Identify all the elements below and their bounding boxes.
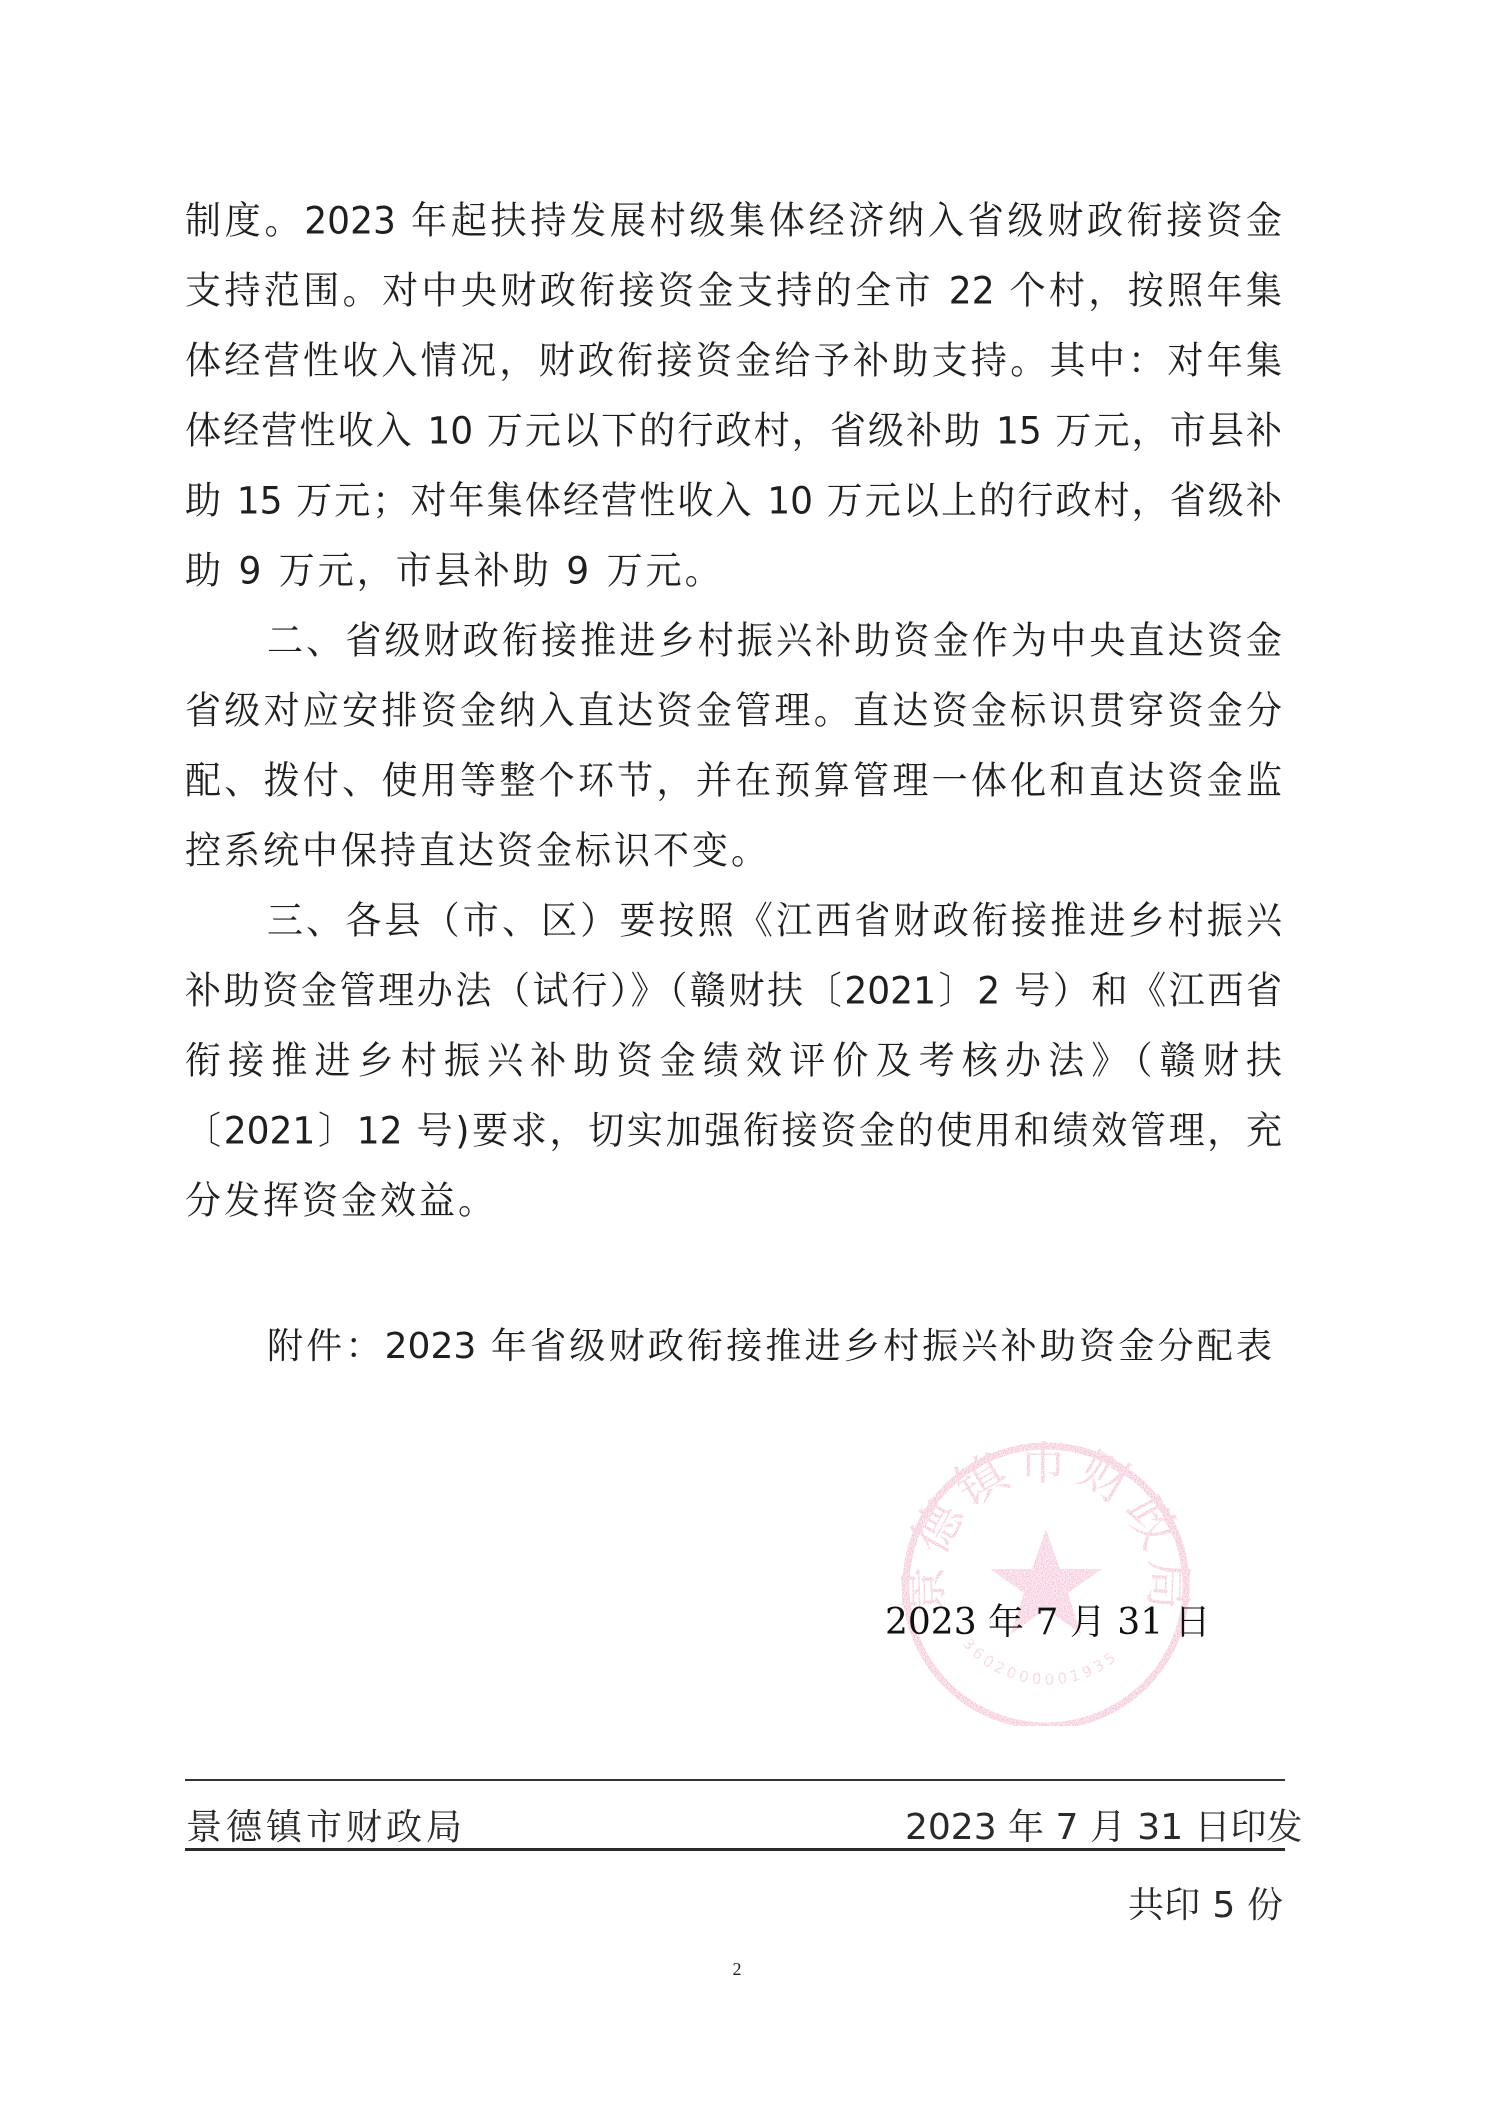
footer-bottom-rule: [185, 1848, 1285, 1851]
body-line: 配、拨付、使用等整个环节，并在预算管理一体化和直达资金监: [185, 759, 1282, 805]
document-page: 制度。2023 年起扶持发展村级集体经济纳入省级财政衔接资金支持范围。对中央财政…: [0, 0, 1487, 2102]
body-line: 〔2021〕12 号)要求，切实加强衔接资金的使用和绩效管理，充: [185, 1109, 1282, 1155]
body-line: 体经营性收入情况，财政衔接资金给予补助支持。其中：对年集: [185, 339, 1282, 385]
seal-graphic: 景德镇市财政局 3602000001935: [901, 1441, 1191, 1731]
page-number: 2: [729, 1958, 745, 1980]
attachment-line: 附件：2023 年省级财政衔接推进乡村振兴补助资金分配表: [267, 1325, 1272, 1369]
official-seal: 景德镇市财政局 3602000001935: [901, 1441, 1191, 1731]
footer-issue-date: 2023 年 7 月 31 日印发: [905, 1806, 1285, 1850]
body-line: 支持范围。对中央财政衔接资金支持的全市 22 个村，按照年集: [185, 269, 1282, 315]
signature-date: 2023 年 7 月 31 日: [885, 1601, 1180, 1645]
footer-copies: 共印 5 份: [1128, 1884, 1283, 1928]
body-line: 助 9 万元，市县补助 9 万元。: [185, 549, 1282, 595]
body-line: 二、省级财政衔接推进乡村振兴补助资金作为中央直达资金: [267, 619, 1282, 665]
body-line: 助 15 万元；对年集体经营性收入 10 万元以上的行政村，省级补: [185, 479, 1282, 525]
body-line: 分发挥资金效益。: [185, 1179, 1282, 1225]
body-line: 衔接推进乡村振兴补助资金绩效评价及考核办法》（赣财扶: [185, 1039, 1282, 1085]
body-line: 控系统中保持直达资金标识不变。: [185, 829, 1282, 875]
body-line: 体经营性收入 10 万元以下的行政村，省级补助 15 万元，市县补: [185, 409, 1282, 455]
footer-top-rule: [185, 1779, 1285, 1781]
body-line: 补助资金管理办法（试行）》（赣财扶〔2021〕2 号）和《江西省: [185, 969, 1282, 1015]
body-line: 省级对应安排资金纳入直达资金管理。直达资金标识贯穿资金分: [185, 689, 1282, 735]
body-line: 制度。2023 年起扶持发展村级集体经济纳入省级财政衔接资金: [185, 199, 1282, 245]
footer-issuer: 景德镇市财政局: [186, 1806, 466, 1850]
body-line: 三、各县（市、区）要按照《江西省财政衔接推进乡村振兴: [267, 899, 1282, 945]
